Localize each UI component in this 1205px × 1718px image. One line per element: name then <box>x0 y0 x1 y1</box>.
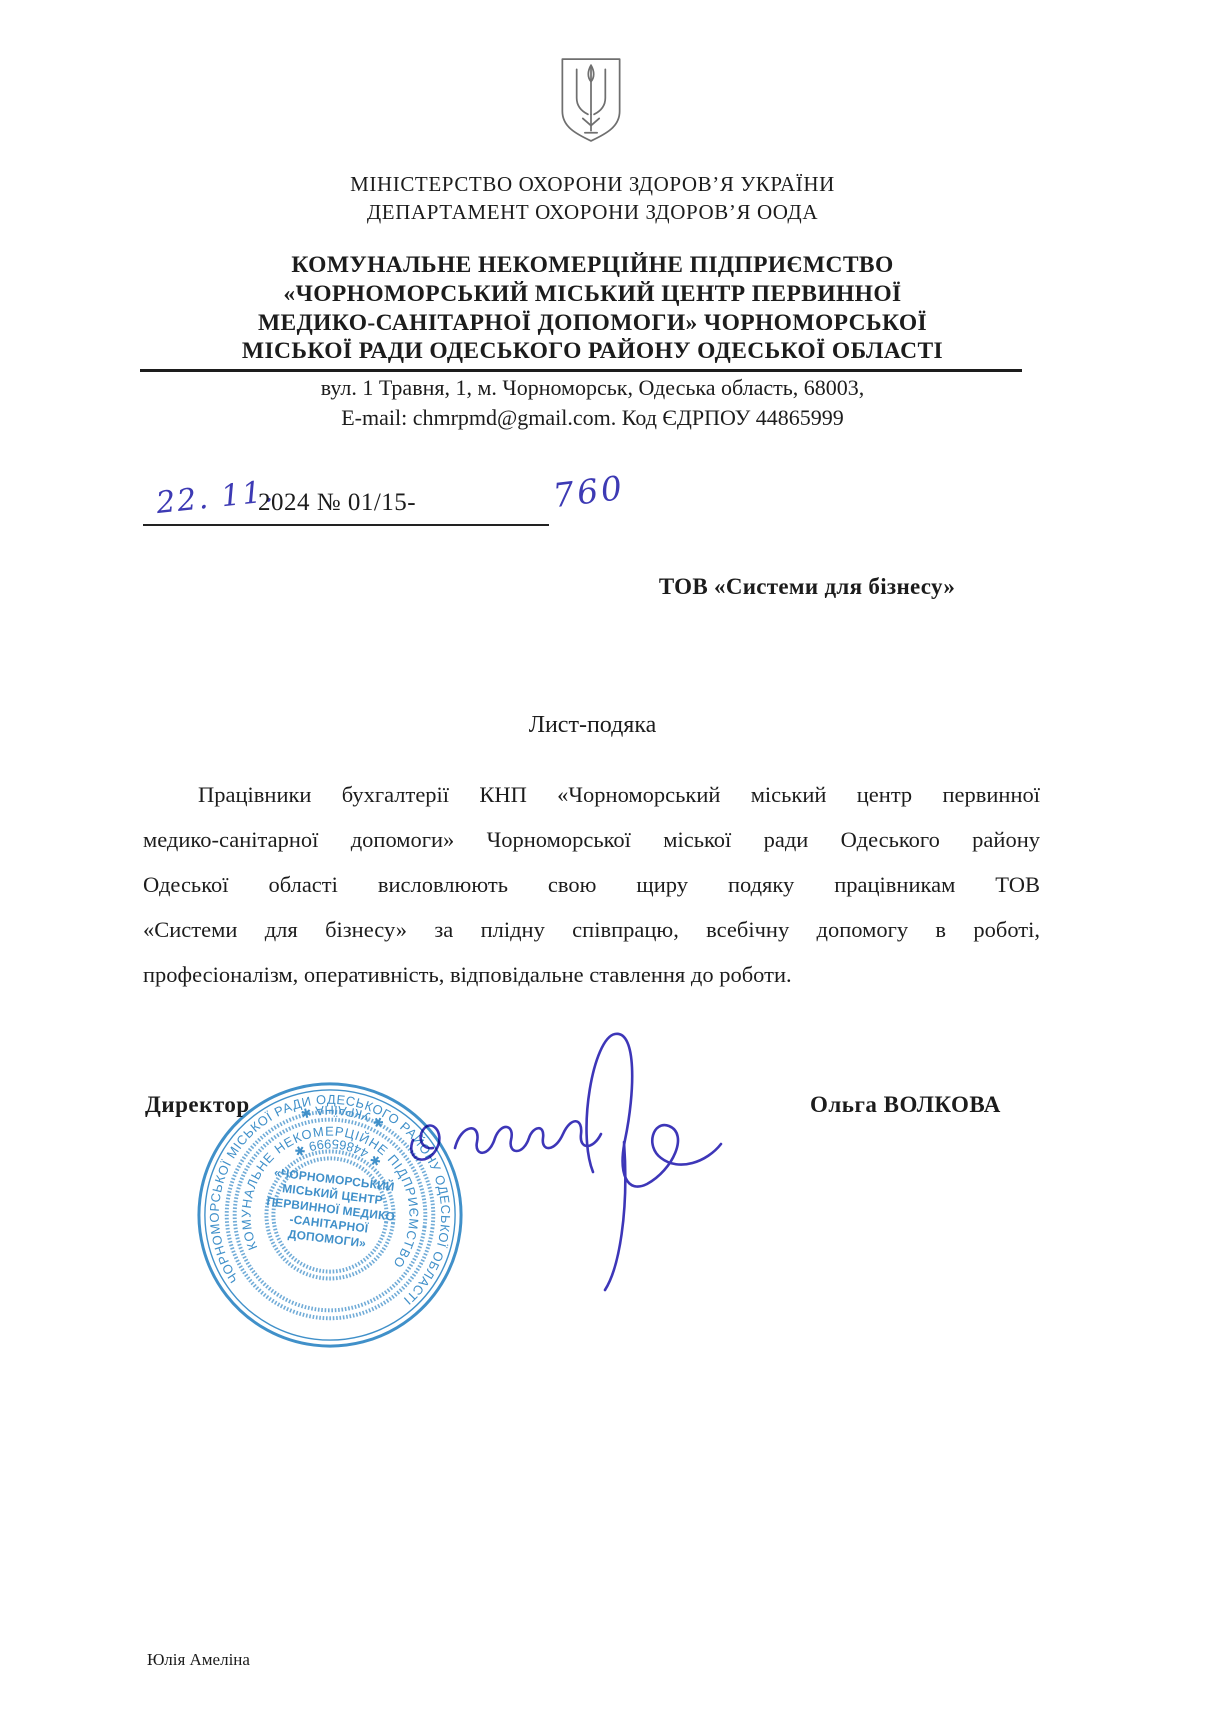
signer-name: Ольга ВОЛКОВА <box>810 1092 1001 1118</box>
document-title: Лист-подяка <box>0 712 1185 739</box>
footer-author: Юлія Амеліна <box>147 1650 250 1670</box>
body-line: професіоналізм, оперативність, відповіда… <box>143 952 1040 997</box>
signature-stroke <box>455 1121 601 1153</box>
contacts-line: E-mail: chmrpmd@gmail.com. Код ЄДРПОУ 44… <box>0 405 1185 431</box>
ministry-header: МІНІСТЕРСТВО ОХОРОНИ ЗДОРОВ’Я УКРАЇНИ ДЕ… <box>0 170 1185 226</box>
reference-number-printed: 2024 № 01/15- <box>258 489 416 517</box>
org-name-line: МЕДИКО-САНІТАРНОЇ ДОПОМОГИ» ЧОРНОМОРСЬКО… <box>0 309 1185 338</box>
body-line: медико-санітарної допомоги» Чорноморсько… <box>143 817 1040 862</box>
body-line: Працівники бухгалтерії КНП «Чорноморськи… <box>143 772 1040 817</box>
department-line: ДЕПАРТАМЕНТ ОХОРОНИ ЗДОРОВ’Я ООДА <box>0 198 1185 226</box>
organization-name: КОМУНАЛЬНЕ НЕКОМЕРЦІЙНЕ ПІДПРИЄМСТВО «ЧО… <box>0 251 1185 366</box>
letter-document: МІНІСТЕРСТВО ОХОРОНИ ЗДОРОВ’Я УКРАЇНИ ДЕ… <box>0 0 1205 1718</box>
signature-stroke <box>411 1125 439 1159</box>
org-name-line: «ЧОРНОМОРСЬКИЙ МІСЬКИЙ ЦЕНТР ПЕРВИННОЇ <box>0 280 1185 309</box>
org-name-line: МІСЬКОЇ РАДИ ОДЕСЬКОГО РАЙОНУ ОДЕСЬКОЇ О… <box>0 337 1185 366</box>
ministry-line: МІНІСТЕРСТВО ОХОРОНИ ЗДОРОВ’Я УКРАЇНИ <box>0 170 1185 198</box>
handwritten-signature <box>385 1022 735 1307</box>
recipient: ТОВ «Системи для бізнесу» <box>597 574 1017 600</box>
body-paragraph: Працівники бухгалтерії КНП «Чорноморськи… <box>143 772 1040 997</box>
handwritten-outgoing-number: 760 <box>551 468 627 515</box>
letterhead-divider <box>140 369 1022 372</box>
ukraine-trident-emblem-icon <box>553 55 629 145</box>
address-line: вул. 1 Травня, 1, м. Чорноморськ, Одеськ… <box>0 375 1185 401</box>
org-name-line: КОМУНАЛЬНЕ НЕКОМЕРЦІЙНЕ ПІДПРИЄМСТВО <box>0 251 1185 280</box>
body-line: Одеської області висловлюють свою щиру п… <box>143 862 1040 907</box>
signature-stroke <box>587 1034 721 1187</box>
body-line: «Системи для бізнесу» за плідну співпрац… <box>143 907 1040 952</box>
